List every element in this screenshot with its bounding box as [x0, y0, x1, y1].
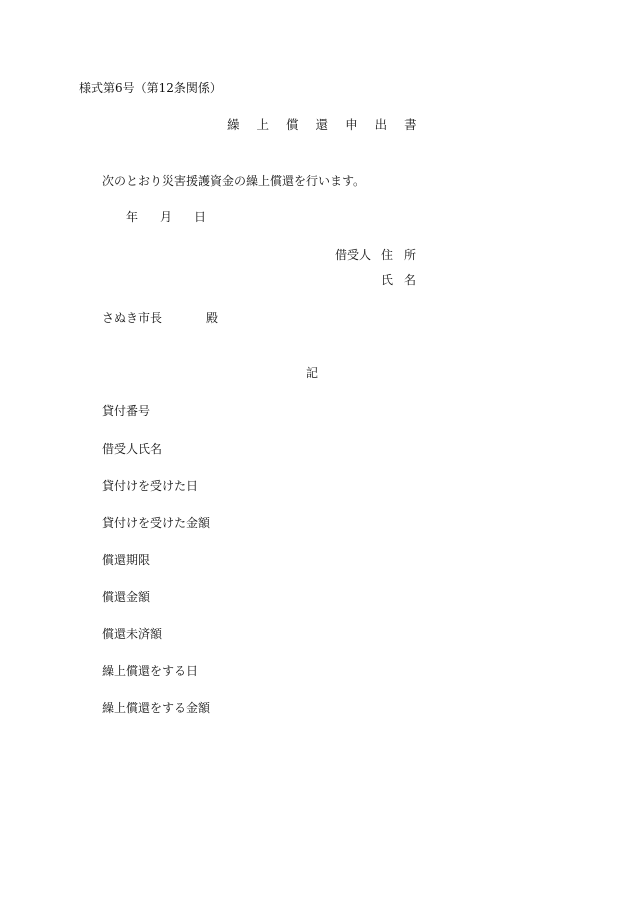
- ki-heading: 記: [306, 367, 318, 379]
- item-loan-amount: 貸付けを受けた金額: [102, 517, 210, 529]
- title-char: 出: [375, 119, 388, 132]
- document-title: 繰上償還申出書: [227, 119, 417, 132]
- honorific: 殿: [206, 312, 218, 324]
- title-char: 償: [286, 119, 299, 132]
- item-borrower-name: 借受人氏名: [102, 443, 162, 455]
- borrower-label: 借受人: [335, 249, 371, 261]
- item-early-repayment-amount: 繰上償還をする金額: [102, 702, 210, 714]
- address-char: 所: [404, 249, 416, 261]
- title-char: 上: [257, 119, 270, 132]
- date-line: 年月日: [126, 211, 228, 223]
- item-early-repayment-date: 繰上償還をする日: [102, 665, 198, 677]
- date-year: 年: [126, 211, 138, 223]
- title-char: 還: [316, 119, 329, 132]
- item-repayment-deadline: 償還期限: [102, 554, 150, 566]
- name-label: 氏名: [381, 274, 416, 286]
- title-char: 繰: [227, 119, 240, 132]
- item-outstanding-amount: 償還未済額: [102, 628, 162, 640]
- item-loan-date: 貸付けを受けた日: [102, 480, 198, 492]
- form-number: 様式第6号（第12条関係）: [79, 82, 222, 94]
- date-day: 日: [194, 211, 206, 223]
- title-char: 書: [404, 119, 417, 132]
- item-loan-number: 貸付番号: [102, 405, 150, 417]
- name-char: 名: [404, 274, 416, 286]
- intro-text: 次のとおり災害援護資金の繰上償還を行います。: [102, 175, 365, 187]
- address-label: 住所: [381, 249, 416, 261]
- address-char: 住: [381, 249, 393, 261]
- date-month: 月: [160, 211, 172, 223]
- title-char: 申: [345, 119, 358, 132]
- addressee: さぬき市長: [102, 312, 162, 324]
- name-char: 氏: [381, 274, 393, 286]
- item-repayment-amount: 償還金額: [102, 591, 150, 603]
